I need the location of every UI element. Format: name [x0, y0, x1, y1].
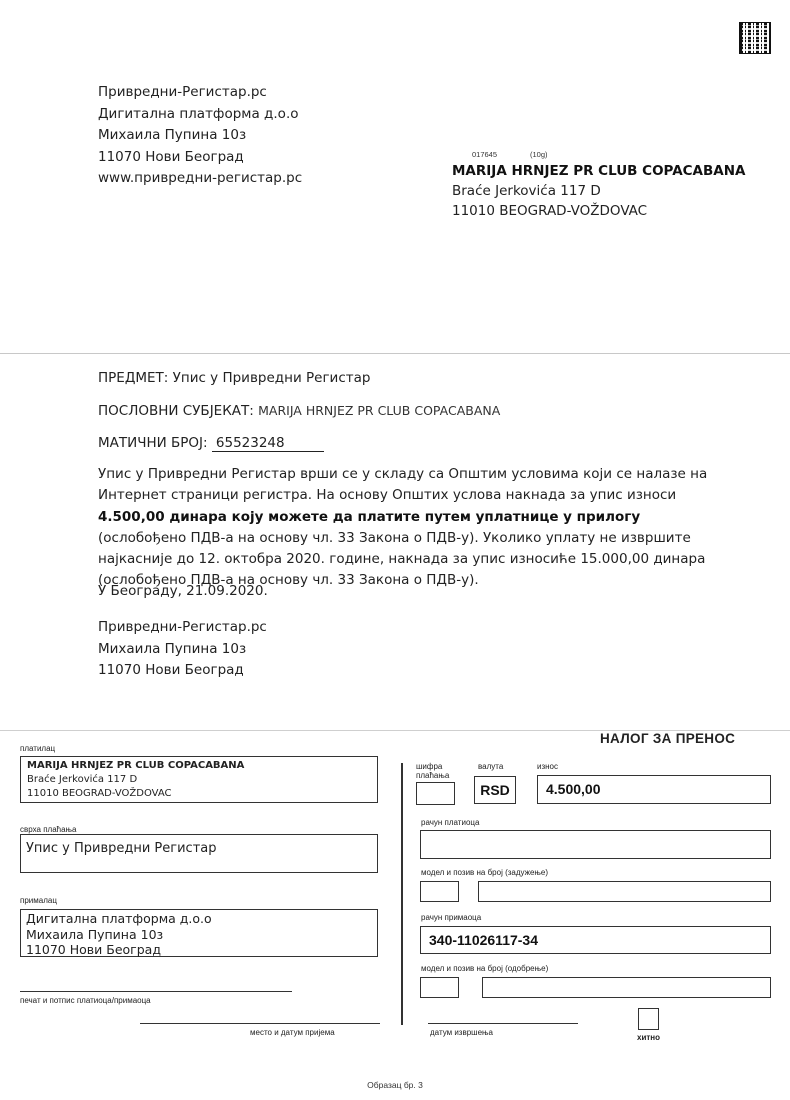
- sender-line: Дигитална платформа д.о.о: [98, 104, 302, 126]
- subject-value: Упис у Привредни Регистар: [173, 370, 371, 386]
- payee-line: Дигитална платформа д.о.о: [26, 911, 372, 927]
- payment-code-label-2: плаћања: [416, 771, 449, 780]
- purpose-field[interactable]: Упис у Привредни Регистар: [20, 834, 378, 873]
- date-line: У Београду, 21.09.2020.: [98, 583, 268, 599]
- credit-reference-field[interactable]: [482, 977, 771, 998]
- payment-code-label-1: шифра: [416, 762, 449, 771]
- sender-website: www.привредни-регистар.рс: [98, 168, 302, 190]
- recipient-street: Braće Jerkovića 117 D: [452, 181, 746, 201]
- signature-line: Привредни-Регистар.рс: [98, 617, 267, 639]
- sender-line: 11070 Нови Београд: [98, 147, 302, 169]
- postal-code: 017645: [472, 150, 497, 159]
- subject-label: ПРЕДМЕТ:: [98, 370, 168, 386]
- subject-line: ПРЕДМЕТ: Упис у Привредни Регистар: [98, 370, 370, 386]
- payee-account-label: рачун примаоца: [421, 913, 481, 922]
- registration-number-line: МАТИЧНИ БРОЈ: 65523248: [98, 435, 324, 452]
- registration-number-label: МАТИЧНИ БРОЈ:: [98, 435, 208, 451]
- credit-model-field[interactable]: [420, 977, 459, 998]
- amount-field[interactable]: 4.500,00: [537, 775, 771, 804]
- payer-label: платилац: [20, 744, 55, 753]
- payer-account-label: рачун платиоца: [421, 818, 479, 827]
- slip-title: НАЛОГ ЗА ПРЕНОС: [600, 731, 735, 746]
- payer-street: Braće Jerkovića 117 D: [27, 773, 371, 787]
- payment-code-label: шифра плаћања: [416, 762, 449, 780]
- sender-address: Привредни-Регистар.рс Дигитална платформ…: [98, 82, 302, 190]
- postal-weight: (10g): [530, 150, 548, 159]
- slip-divider: [401, 763, 403, 1025]
- body-text: (ослобођено ПДВ-а на основу чл. 33 Закон…: [98, 530, 705, 589]
- recipient-address: 017645 (10g) MARIJA HRNJEZ PR CLUB COPAC…: [452, 150, 746, 221]
- currency-field[interactable]: RSD: [474, 776, 516, 804]
- payment-code-field[interactable]: [416, 782, 455, 805]
- credit-reference-label: модел и позив на број (одобрење): [421, 964, 548, 973]
- entity-line: ПОСЛОВНИ СУБЈЕКАТ: MARIJA HRNJEZ PR CLUB…: [98, 403, 500, 419]
- body-text: Упис у Привредни Регистар врши се у скла…: [98, 466, 707, 503]
- place-date-label: место и датум пријема: [250, 1028, 335, 1037]
- payer-field[interactable]: MARIJA HRNJEZ PR CLUB COPACABANA Braće J…: [20, 756, 378, 803]
- payee-line: Михаила Пупина 10з: [26, 927, 372, 943]
- amount-label: износ: [537, 762, 558, 771]
- execution-date-line: [428, 1023, 578, 1024]
- debit-reference-label: модел и позив на број (задужење): [421, 868, 548, 877]
- payer-account-field[interactable]: [420, 830, 771, 859]
- signature-line: Михаила Пупина 10з: [98, 639, 267, 661]
- execution-date-label: датум извршења: [430, 1028, 493, 1037]
- urgent-checkbox[interactable]: [638, 1008, 659, 1030]
- purpose-label: сврха плаћања: [20, 825, 77, 834]
- postal-meta: 017645 (10g): [452, 150, 746, 162]
- place-date-line: [140, 1023, 380, 1024]
- fold-line: [0, 353, 790, 354]
- payee-label: прималац: [20, 896, 57, 905]
- sender-line: Привредни-Регистар.рс: [98, 82, 302, 104]
- debit-model-field[interactable]: [420, 881, 459, 902]
- form-number: Образац бр. 3: [0, 1080, 790, 1090]
- recipient-name: MARIJA HRNJEZ PR CLUB COPACABANA: [452, 162, 746, 181]
- signature-block: Привредни-Регистар.рс Михаила Пупина 10з…: [98, 617, 267, 682]
- body-bold-text: 4.500,00 динара коју можете да платите п…: [98, 509, 640, 525]
- entity-value: MARIJA HRNJEZ PR CLUB COPACABANA: [258, 403, 500, 418]
- datamatrix-code: [739, 22, 771, 54]
- payee-field[interactable]: Дигитална платформа д.о.о Михаила Пупина…: [20, 909, 378, 957]
- stamp-signature-line: [20, 991, 292, 992]
- payer-city: 11010 BEOGRAD-VOŽDOVAC: [27, 787, 371, 801]
- payee-account-field[interactable]: 340-11026117-34: [420, 926, 771, 954]
- entity-label: ПОСЛОВНИ СУБЈЕКАТ:: [98, 403, 254, 419]
- recipient-city: 11010 BEOGRAD-VOŽDOVAC: [452, 201, 746, 221]
- signature-line: 11070 Нови Београд: [98, 660, 267, 682]
- sender-line: Михаила Пупина 10з: [98, 125, 302, 147]
- registration-number-value: 65523248: [212, 436, 324, 452]
- payer-name: MARIJA HRNJEZ PR CLUB COPACABANA: [27, 759, 371, 773]
- currency-label: валута: [478, 762, 503, 771]
- payee-line: 11070 Нови Београд: [26, 942, 372, 958]
- stamp-signature-label: печат и потпис платиоца/примаоца: [20, 996, 151, 1005]
- urgent-label: хитно: [637, 1033, 660, 1042]
- letter-body: Упис у Привредни Регистар врши се у скла…: [98, 464, 718, 592]
- debit-reference-field[interactable]: [478, 881, 771, 902]
